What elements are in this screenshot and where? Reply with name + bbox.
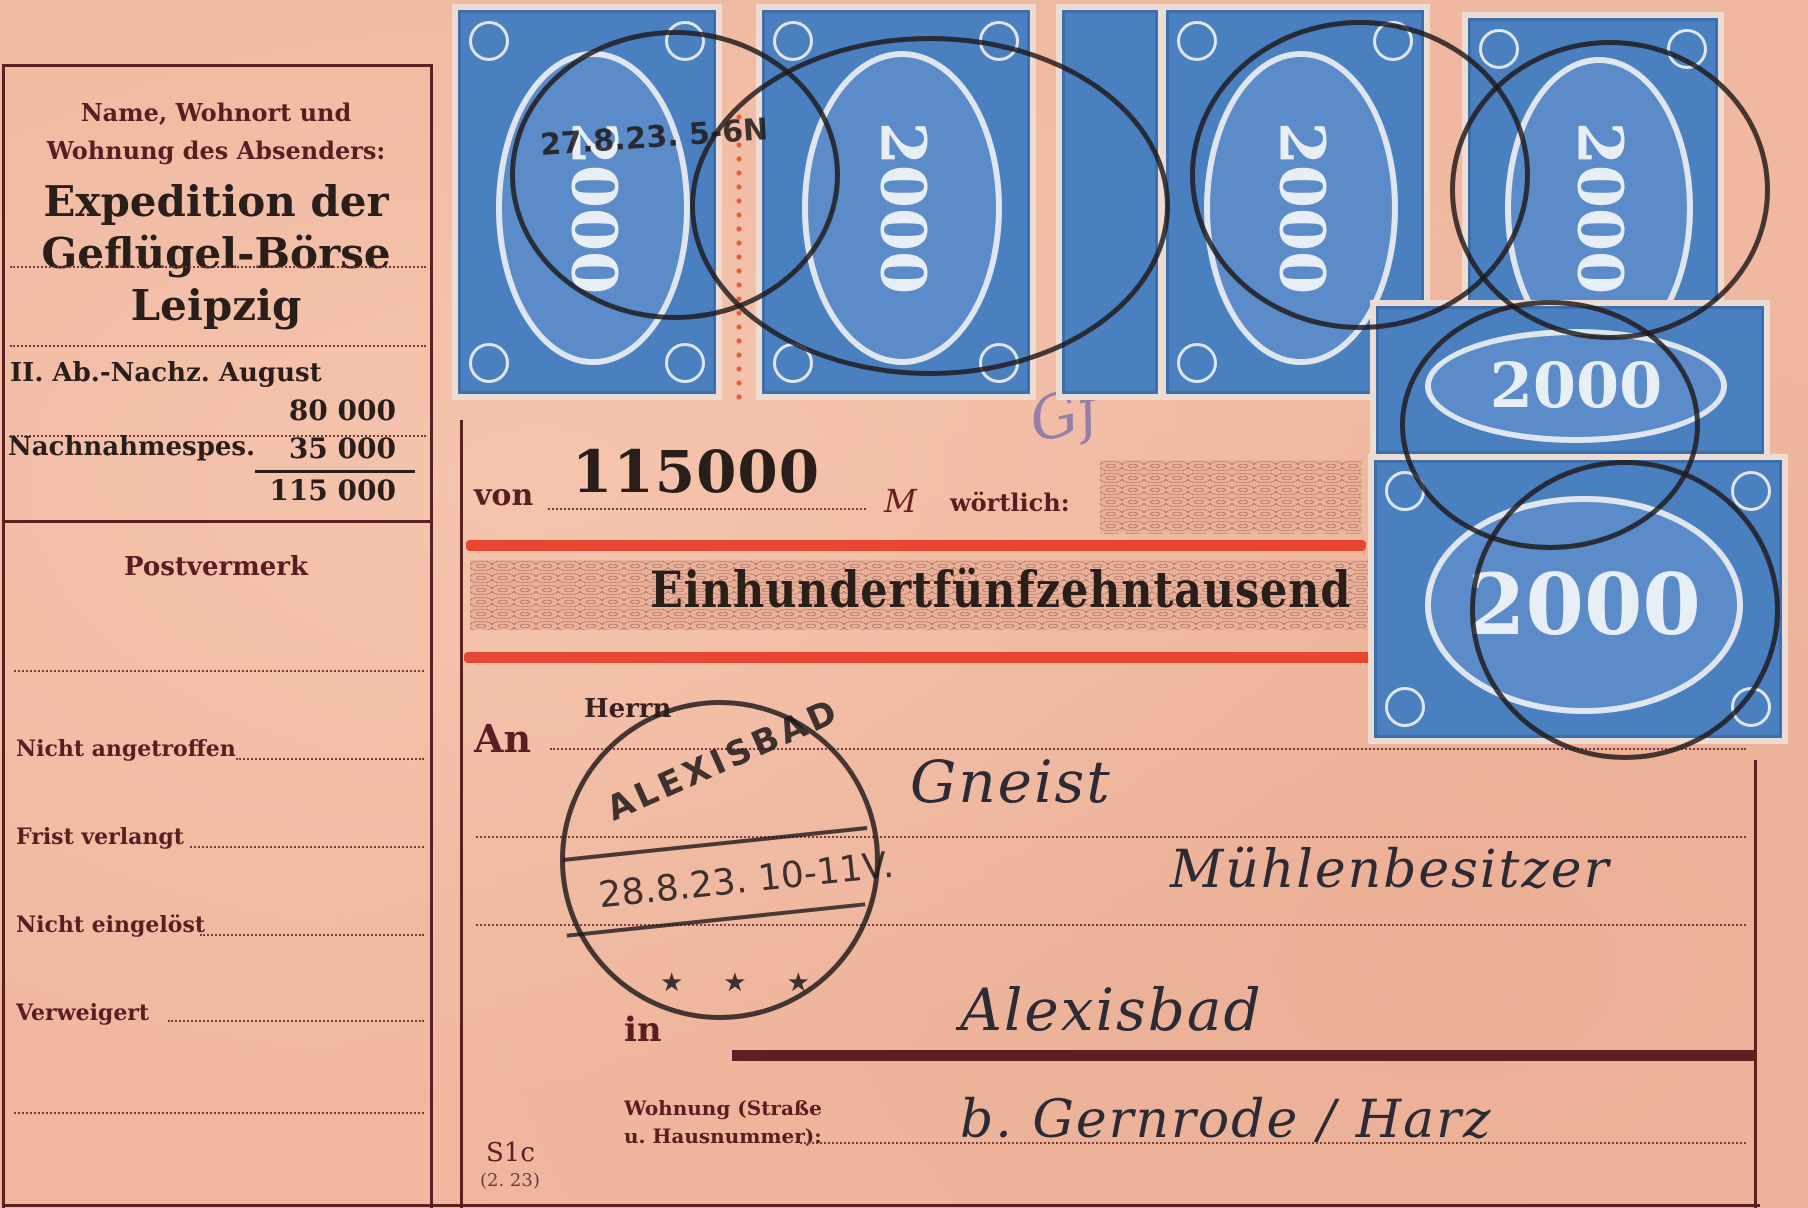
in-words-label: wörtlich:	[950, 488, 1070, 517]
left-border-rule	[2, 64, 5, 1208]
dotted-line	[10, 345, 426, 347]
amount-value[interactable]: 115000	[572, 438, 820, 506]
recipient-city[interactable]: Alexisbad	[960, 976, 1263, 1044]
sender-name-line2: Geflügel-Börse	[6, 228, 426, 280]
sender-box-top-rule	[2, 64, 432, 67]
sender-description: II. Ab.-Nachz. August	[10, 358, 322, 388]
note-frist-verlangt: Frist verlangt	[16, 824, 184, 850]
sender-name-line1: Expedition der	[6, 176, 426, 228]
in-label: in	[624, 1010, 662, 1050]
sender-label-line1: Name, Wohnort und	[0, 94, 432, 132]
amount-in-words[interactable]: Einhundertfünfzehntausend	[650, 560, 1351, 619]
sender-box-bottom-rule	[2, 520, 432, 523]
dotted-line	[14, 1112, 424, 1114]
city-underline	[732, 1050, 1756, 1061]
sender-label: Name, Wohnort und Wohnung des Absenders:	[0, 94, 432, 170]
sender-label-line2: Wohnung des Absenders:	[0, 132, 432, 170]
von-label: von	[474, 478, 533, 513]
an-label: An	[474, 716, 531, 761]
note-nicht-eingeloest: Nicht eingelöst	[16, 912, 205, 938]
note-nicht-angetroffen-field[interactable]	[236, 758, 424, 760]
sender-box-right-rule	[430, 64, 433, 1208]
note-verweigert: Verweigert	[16, 1000, 149, 1026]
sender-name: Expedition der Geflügel-Börse Leipzig	[6, 176, 426, 332]
form-code: S1c	[486, 1138, 535, 1168]
amount-dotted-line	[548, 508, 866, 510]
sender-total: 115 000	[260, 474, 396, 507]
note-verweigert-field[interactable]	[168, 1020, 424, 1022]
address-label-line1: Wohnung (Straße	[624, 1094, 822, 1122]
recipient-address[interactable]: b. Gernrode / Harz	[960, 1090, 1492, 1150]
guilloche-security-pattern	[1100, 460, 1362, 534]
note-nicht-angetroffen: Nicht angetroffen	[16, 736, 236, 762]
note-frist-verlangt-field[interactable]	[190, 846, 424, 848]
recipient-occupation[interactable]: Mühlenbesitzer	[1170, 840, 1610, 900]
address-label-line2: u. Hausnummer):	[624, 1122, 822, 1150]
sender-amount-1: 80 000	[260, 394, 396, 427]
postmark-stars: ★★★	[660, 968, 850, 998]
origin-cancel-6	[1470, 460, 1780, 760]
sum-underline	[255, 470, 415, 473]
main-right-rule	[1754, 760, 1757, 1208]
mark-symbol: M	[884, 482, 917, 520]
origin-cancel-4	[1450, 40, 1770, 340]
sender-amount-2: 35 000	[260, 432, 396, 465]
red-bar-bottom	[464, 652, 1376, 663]
dotted-line	[10, 266, 426, 268]
note-nicht-eingeloest-field[interactable]	[200, 934, 424, 936]
origin-cancel-2	[690, 36, 1170, 376]
form-edition: (2. 23)	[480, 1170, 540, 1191]
main-left-rule	[460, 420, 463, 1208]
sender-city: Leipzig	[6, 280, 426, 332]
address-label: Wohnung (Straße u. Hausnummer):	[624, 1094, 822, 1150]
postvermerk-heading: Postvermerk	[0, 552, 432, 582]
bottom-rule	[2, 1204, 1760, 1207]
dotted-line	[14, 670, 424, 672]
red-bar-top	[466, 540, 1366, 551]
sender-fee-label: Nachnahmespes.	[8, 432, 255, 462]
recipient-name[interactable]: Gneist	[910, 748, 1112, 816]
